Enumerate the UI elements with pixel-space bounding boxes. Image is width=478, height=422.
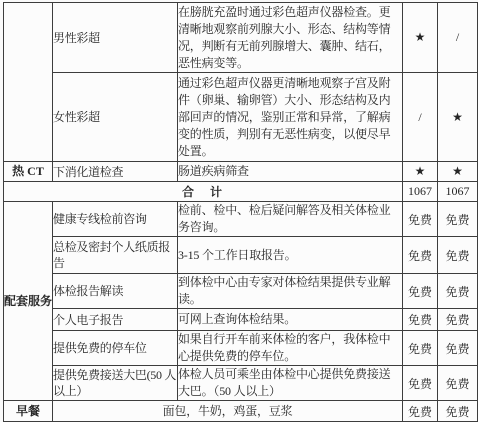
plan-b-mark-cell: ★ [438,73,478,162]
total-label-cell: 合 计 [4,182,403,202]
plan-a-mark-cell: ★ [403,3,438,73]
table-row: 总检及密封个人纸质报告 3-15 个工作日取报告。 免费 免费 [4,237,478,274]
medical-checkup-package-table: 男性彩超 在膀胱充盈时通过彩色超声仪器检查。更清晰地观察前列腺大小、形态、结构等… [3,2,478,422]
desc-cell-parking: 如果自行开车前来体检的客户，我体检中心提供免费的停车位。 [178,331,403,366]
plan-b-mark-cell: 免费 [438,401,478,422]
table-row: 配套服务 健康专线检前咨询 检前、检中、检后疑问解答及相关体检业务咨询。 免费 … [4,202,478,237]
breakfast-row: 早餐 面包，牛奶，鸡蛋，豆浆 免费 免费 [4,401,478,422]
plan-b-mark-cell: 免费 [438,274,478,309]
table-row: 女性彩超 通过彩色超声仪器更清晰地观察子宫及附件（卵巢、输卵管）大小、形态结构及… [4,73,478,162]
item-cell-e-report: 个人电子报告 [53,309,178,331]
table-row: 提供免费的停车位 如果自行开车前来体检的客户，我体检中心提供免费的停车位。 免费… [4,331,478,366]
plan-b-mark-cell: 免费 [438,331,478,366]
item-cell-shuttle: 提供免费接送大巴(50 人以上） [53,366,178,401]
plan-a-mark-cell: 免费 [403,237,438,274]
plan-b-mark-cell: ★ [438,162,478,182]
item-cell-report-reading: 体检报告解读 [53,274,178,309]
desc-cell-report-reading: 到体检中心由专家对体检结果提供专业解读。 [178,274,403,309]
plan-b-mark-cell: 免费 [438,309,478,331]
item-cell-parking: 提供免费的停车位 [53,331,178,366]
item-cell-male-ultrasound: 男性彩超 [53,3,178,73]
desc-cell-e-report: 可网上查询体检结果。 [178,309,403,331]
group-cell-breakfast: 早餐 [4,401,53,422]
desc-cell-breakfast: 面包，牛奶，鸡蛋，豆浆 [53,401,403,422]
plan-a-mark-cell: / [403,73,438,162]
table-row: 男性彩超 在膀胱充盈时通过彩色超声仪器检查。更清晰地观察前列腺大小、形态、结构等… [4,3,478,73]
plan-b-mark-cell: 免费 [438,366,478,401]
plan-a-mark-cell: 免费 [403,366,438,401]
desc-cell-shuttle: 体检人员可乘坐由体检中心提供免费接送大巴。（50 人以上） [178,366,403,401]
item-cell-female-ultrasound: 女性彩超 [53,73,178,162]
plan-a-mark-cell: 免费 [403,274,438,309]
plan-a-mark-cell: 免费 [403,309,438,331]
desc-cell-female-ultrasound: 通过彩色超声仪器更清晰地观察子宫及附件（卵巢、输卵管）大小、形态结构及内部回声的… [178,73,403,162]
desc-cell-lower-gi: 肠道疾病筛查 [178,162,403,182]
desc-cell-hotline: 检前、检中、检后疑问解答及相关体检业务咨询。 [178,202,403,237]
total-plan-a-cell: 1067 [403,182,438,202]
table-row: 体检报告解读 到体检中心由专家对体检结果提供专业解读。 免费 免费 [4,274,478,309]
total-plan-b-cell: 1067 [438,182,478,202]
group-cell-thermal-ct: 热 CT [4,162,53,182]
group-cell-empty [4,3,53,162]
table-row: 提供免费接送大巴(50 人以上） 体检人员可乘坐由体检中心提供免费接送大巴。（5… [4,366,478,401]
item-cell-paper-report: 总检及密封个人纸质报告 [53,237,178,274]
table-row: 个人电子报告 可网上查询体检结果。 免费 免费 [4,309,478,331]
item-cell-lower-gi: 下消化道检查 [53,162,178,182]
plan-b-mark-cell: / [438,3,478,73]
desc-cell-paper-report: 3-15 个工作日取报告。 [178,237,403,274]
group-cell-services: 配套服务 [4,202,53,401]
desc-cell-male-ultrasound: 在膀胱充盈时通过彩色超声仪器检查。更清晰地观察前列腺大小、形态、结构等情况，判断… [178,3,403,73]
plan-b-mark-cell: 免费 [438,237,478,274]
table-row: 热 CT 下消化道检查 肠道疾病筛查 ★ ★ [4,162,478,182]
item-cell-hotline: 健康专线检前咨询 [53,202,178,237]
plan-a-mark-cell: 免费 [403,331,438,366]
total-row: 合 计 1067 1067 [4,182,478,202]
plan-a-mark-cell: 免费 [403,401,438,422]
plan-a-mark-cell: 免费 [403,202,438,237]
plan-a-mark-cell: ★ [403,162,438,182]
plan-b-mark-cell: 免费 [438,202,478,237]
